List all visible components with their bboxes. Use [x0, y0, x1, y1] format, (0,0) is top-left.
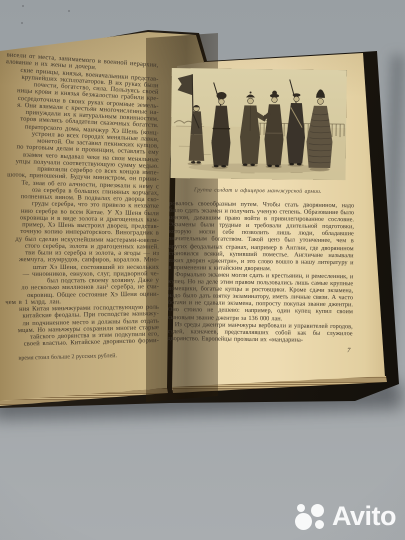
avito-logo-icon [294, 502, 327, 531]
page-number: 7 [167, 345, 352, 354]
left-page-text-line: жемчуга, изумрудов, сапфиров, кораллов. … [0, 256, 159, 264]
right-page-paragraphs: ровалось своеобразным путем. Чтобы стать… [167, 200, 354, 354]
dust-speck [68, 10, 70, 12]
avito-watermark: Avito [294, 502, 396, 531]
right-page-paragraph: Из среды джентри манчжуры вербовали и уп… [168, 321, 353, 345]
manchu-soldiers-illustration [171, 68, 347, 180]
book-photo-scene: висели от места, занимаемого в военной и… [0, 0, 405, 540]
illustration-caption: Группа солдат и офицеров манчжурской арм… [170, 187, 345, 195]
right-page-content: Группа солдат и офицеров манчжурской арм… [166, 56, 366, 398]
engraving-figures-icon [171, 68, 347, 180]
right-page-paragraph: ровалось своеобразным путем. Чтобы стать… [168, 200, 354, 273]
avito-wordmark: Avito [332, 503, 396, 530]
left-page-text: висели от места, занимаемого в военной и… [0, 46, 159, 365]
dust-speck [21, 22, 23, 24]
right-page-paragraph: Формально экзамен могли сдать и крестьян… [168, 271, 354, 323]
dust-speck [22, 5, 24, 7]
left-page-footnote: время стоил больше 2 русских рублей. [0, 353, 117, 365]
